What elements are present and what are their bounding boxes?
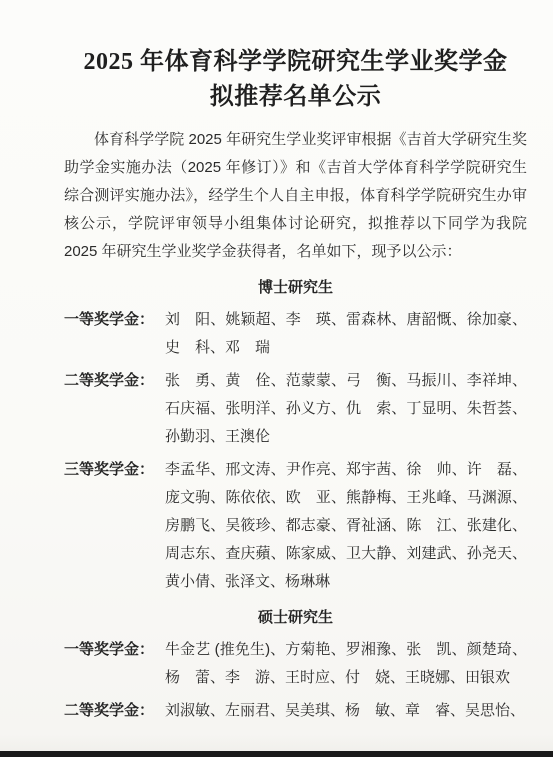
- award-names-list: 牛金艺 (推免生)、方菊艳、罗湘豫、张 凯、颜楚琦、杨 蕾、李 游、王时应、付 …: [165, 636, 527, 692]
- award-row-doctoral-first: 一等奖学金： 刘 阳、姚颖超、李 瑛、雷森林、唐韶慨、徐加豪、史 科、邓 瑞: [64, 306, 527, 362]
- award-tier-label: 二等奖学金：: [64, 367, 165, 395]
- award-tier-label: 一等奖学金：: [64, 306, 165, 334]
- notice-title: 2025 年体育科学学院研究生学业奖学金 拟推荐名单公示: [64, 45, 527, 115]
- section-heading-masters: 硕士研究生: [64, 604, 527, 632]
- award-names-list: 李孟华、邢文涛、尹作亮、郑宇茜、徐 帅、许 磊、庞文驹、陈依依、欧 亚、熊静梅、…: [165, 456, 527, 596]
- award-tier-label: 二等奖学金：: [64, 697, 165, 725]
- award-names-list: 张 勇、黄 佺、范蒙蒙、弓 衡、马振川、李祥坤、石庆福、张明洋、孙义方、仇 索、…: [165, 367, 527, 451]
- award-names-list: 刘 阳、姚颖超、李 瑛、雷森林、唐韶慨、徐加豪、史 科、邓 瑞: [165, 306, 527, 362]
- award-row-doctoral-second: 二等奖学金： 张 勇、黄 佺、范蒙蒙、弓 衡、马振川、李祥坤、石庆福、张明洋、孙…: [64, 367, 527, 451]
- intro-paragraph: 体育科学学院 2025 年研究生学业奖评审根据《吉首大学研究生奖助学金实施办法（…: [64, 126, 527, 266]
- award-row-masters-first: 一等奖学金： 牛金艺 (推免生)、方菊艳、罗湘豫、张 凯、颜楚琦、杨 蕾、李 游…: [64, 636, 527, 692]
- award-tier-label: 三等奖学金：: [64, 456, 165, 484]
- photo-bottom-edge: [0, 751, 553, 757]
- award-row-masters-second: 二等奖学金： 刘淑敏、左丽君、吴美琪、杨 敏、章 睿、吴思怡、: [64, 697, 527, 725]
- document-page: 2025 年体育科学学院研究生学业奖学金 拟推荐名单公示 体育科学学院 2025…: [0, 0, 553, 757]
- notice-title-line-1: 2025 年体育科学学院研究生学业奖学金: [64, 45, 527, 80]
- notice-title-line-2: 拟推荐名单公示: [64, 80, 527, 115]
- award-names-list: 刘淑敏、左丽君、吴美琪、杨 敏、章 睿、吴思怡、: [165, 697, 527, 725]
- award-row-doctoral-third: 三等奖学金： 李孟华、邢文涛、尹作亮、郑宇茜、徐 帅、许 磊、庞文驹、陈依依、欧…: [64, 456, 527, 596]
- section-heading-doctoral: 博士研究生: [64, 274, 527, 302]
- award-tier-label: 一等奖学金：: [64, 636, 165, 664]
